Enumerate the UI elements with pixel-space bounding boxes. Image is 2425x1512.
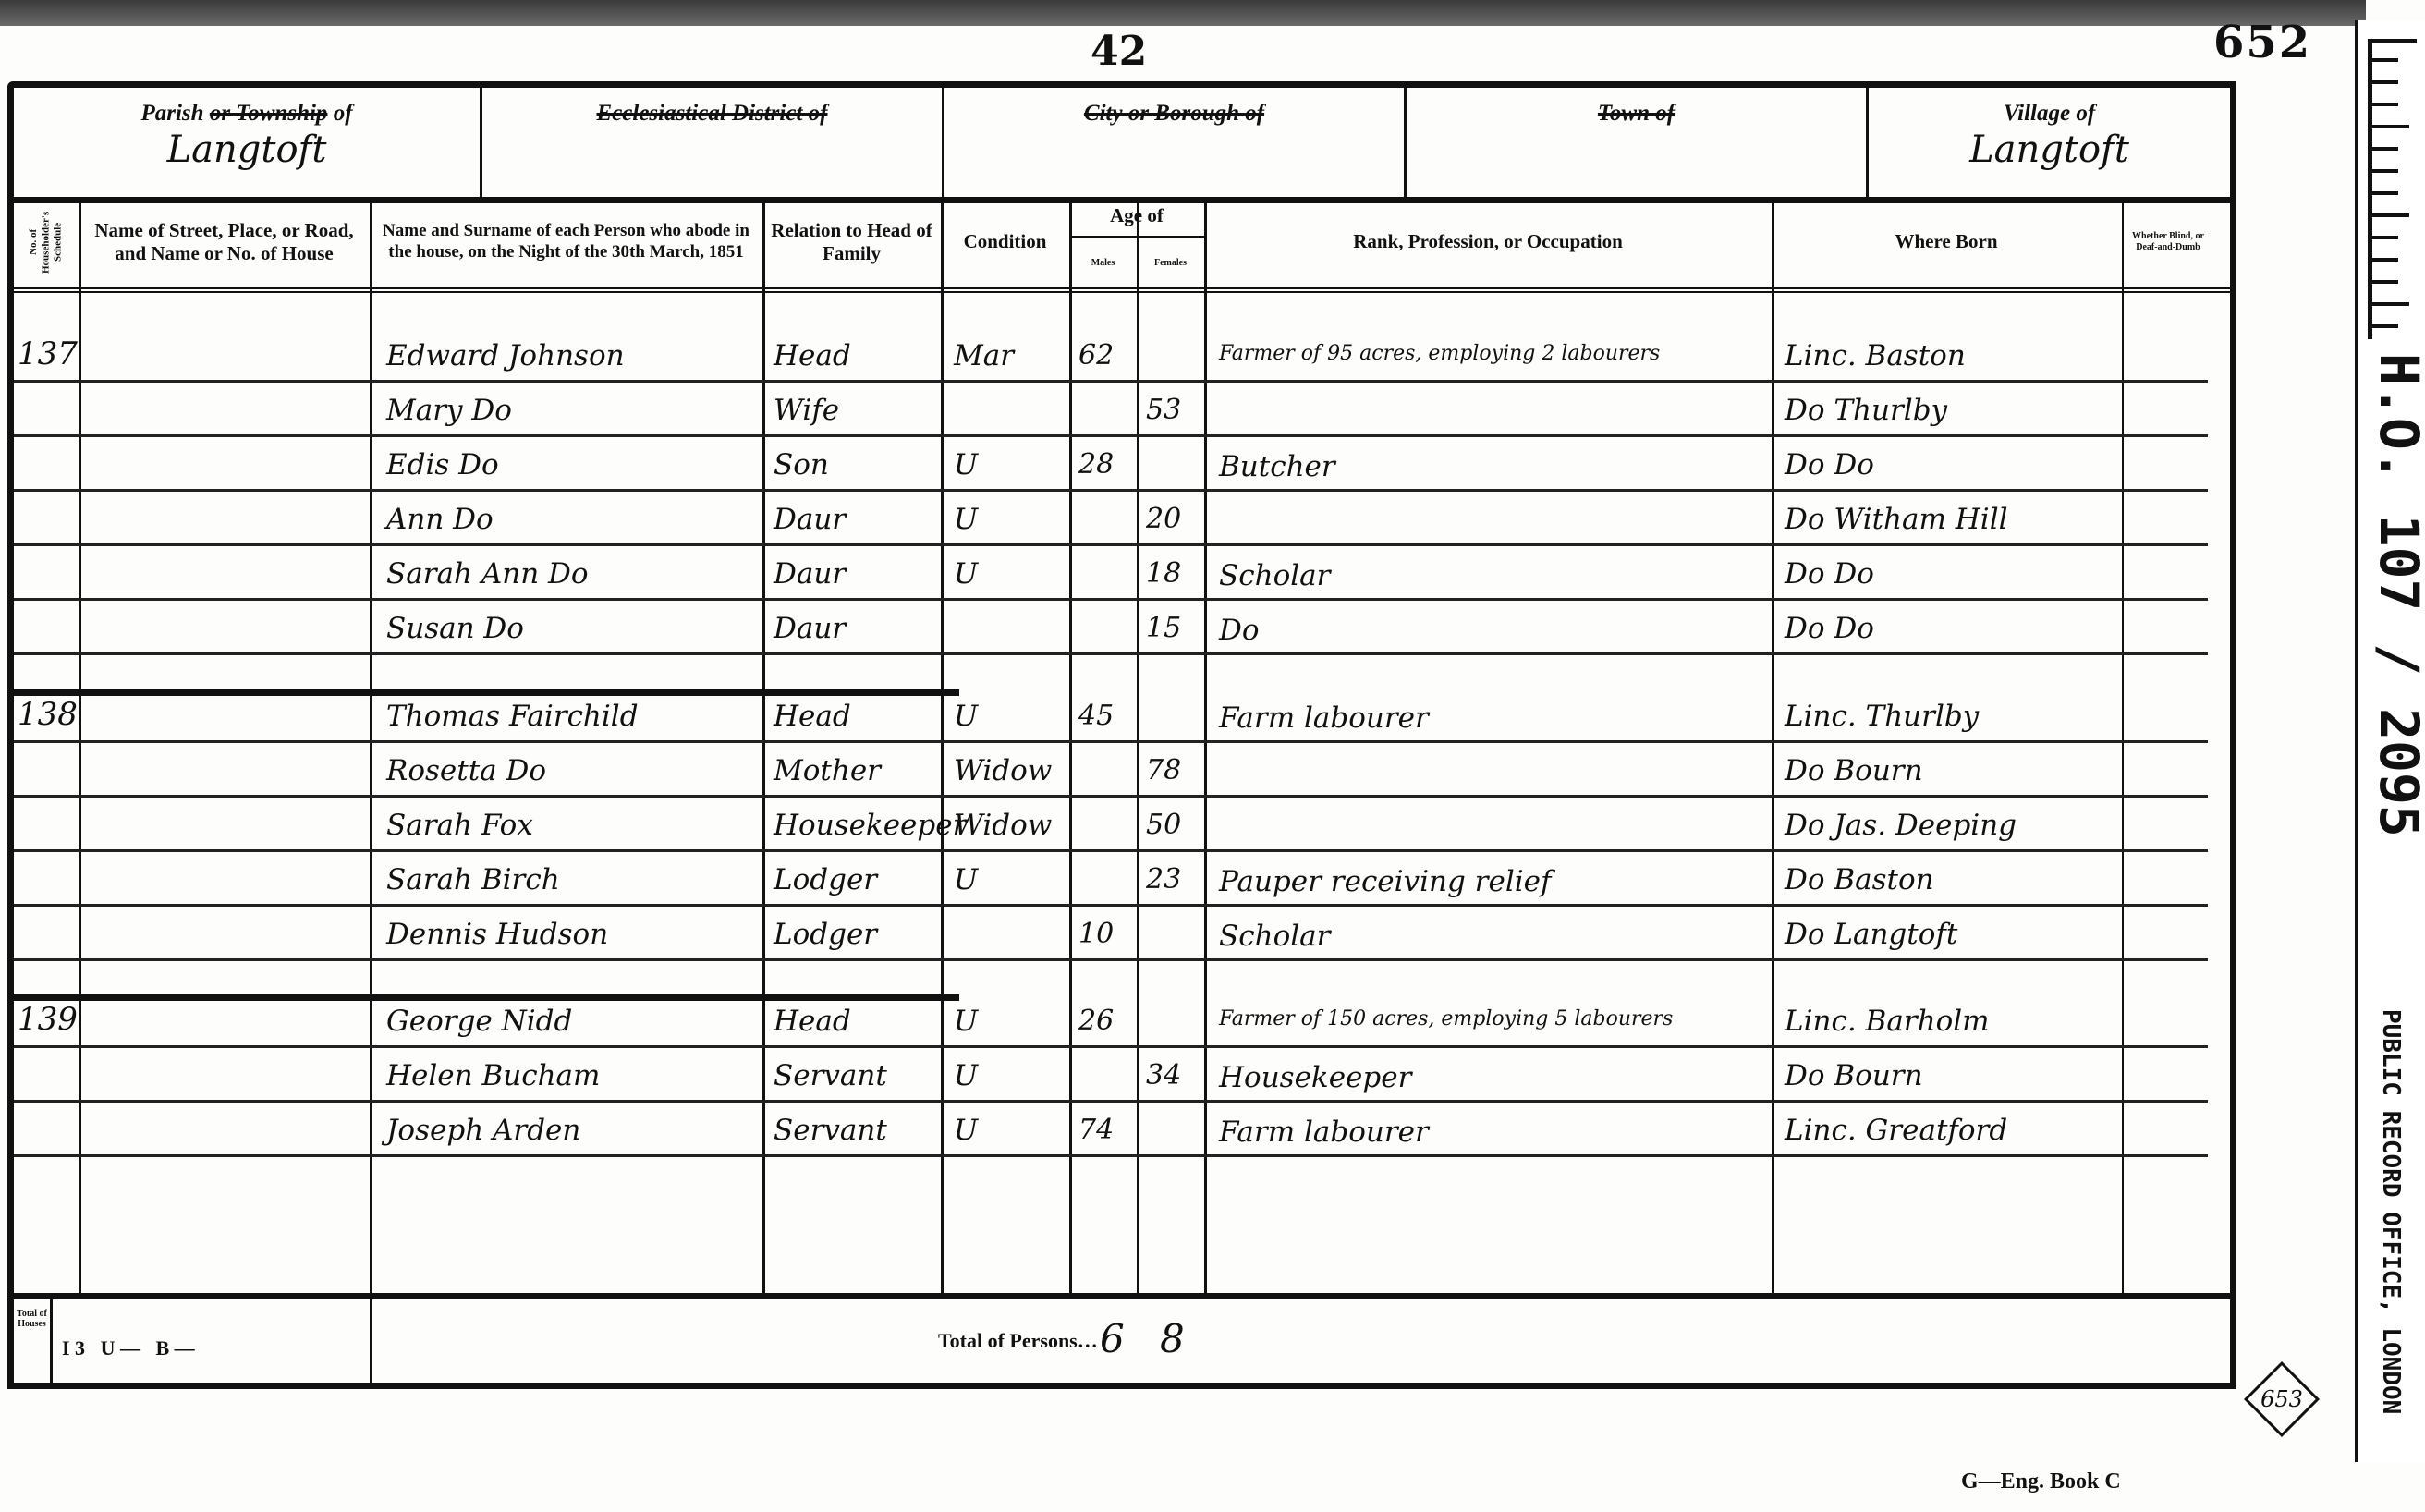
relation: Son bbox=[774, 451, 829, 480]
occupation: Housekeeper bbox=[1219, 1064, 1411, 1092]
piece-reference: H.O. 107 / 2095 bbox=[2368, 353, 2425, 837]
relation: Lodger bbox=[774, 866, 877, 895]
relation: Daur bbox=[774, 615, 846, 643]
birthplace: Do Thurlby bbox=[1785, 396, 1947, 425]
relation: Mother bbox=[774, 757, 881, 786]
row-rule bbox=[14, 795, 2208, 798]
col-blind: Whether Blind, or Deaf-and-Dumb bbox=[2122, 197, 2214, 287]
relation: Lodger bbox=[774, 921, 877, 949]
ruler-tick bbox=[2372, 236, 2398, 239]
archive-notice: PUBLIC RECORD OFFICE, LONDON bbox=[2377, 1009, 2405, 1414]
parish-value: Langtoft bbox=[14, 128, 480, 171]
column-rule bbox=[79, 197, 81, 1299]
condition: Mar bbox=[954, 342, 1014, 371]
village-value: Langtoft bbox=[1869, 128, 2230, 171]
relation: Head bbox=[774, 702, 851, 731]
col-where-born: Where Born bbox=[1772, 197, 2121, 287]
female-age: 50 bbox=[1146, 811, 1181, 839]
row-rule bbox=[14, 598, 2208, 601]
column-rule bbox=[2122, 197, 2124, 1299]
location-header: Parish or Township of Langtoft Ecclesias… bbox=[14, 88, 2230, 203]
birthplace: Linc. Baston bbox=[1785, 342, 1966, 371]
column-rule bbox=[941, 197, 944, 1299]
row-rule bbox=[14, 1100, 2208, 1103]
schedule-number: 138 bbox=[18, 699, 78, 730]
relation: Daur bbox=[774, 506, 846, 534]
birthplace: Do Bourn bbox=[1785, 1062, 1923, 1091]
ruler-tick bbox=[2372, 125, 2409, 128]
row-rule bbox=[14, 904, 2208, 907]
relation: Daur bbox=[774, 560, 846, 589]
occupation: Butcher bbox=[1219, 453, 1335, 482]
female-age: 20 bbox=[1146, 506, 1181, 533]
row-rule bbox=[14, 849, 2208, 852]
column-rule bbox=[1069, 197, 1072, 1299]
condition: U bbox=[954, 702, 978, 731]
person-name: George Nidd bbox=[386, 1007, 572, 1036]
col-condition: Condition bbox=[941, 197, 1069, 287]
female-age: 78 bbox=[1146, 757, 1181, 785]
ruler-tick bbox=[2372, 58, 2398, 62]
condition: U bbox=[954, 451, 978, 480]
birthplace: Do Do bbox=[1785, 615, 1874, 643]
schedule-number: 137 bbox=[18, 338, 78, 370]
relation: Head bbox=[774, 342, 851, 371]
city-borough-label: City or Borough of bbox=[1084, 101, 1264, 126]
occupation: Farm labourer bbox=[1219, 704, 1429, 733]
col-name: Name and Surname of each Person who abod… bbox=[370, 197, 762, 287]
building-count: B — bbox=[155, 1336, 194, 1360]
col-schedule: No. of Householder's Schedule bbox=[14, 197, 79, 287]
birthplace: Do Langtoft bbox=[1785, 921, 1957, 949]
corner-number: 653 bbox=[2258, 1375, 2306, 1423]
person-name: Edis Do bbox=[386, 451, 499, 480]
ecclesiastical-cell: Ecclesiastical District of bbox=[482, 88, 944, 197]
ecclesiastical-label: Ecclesiastical District of bbox=[597, 101, 828, 126]
relation: Housekeeper bbox=[774, 811, 966, 840]
parish-cell: Parish or Township of Langtoft bbox=[14, 88, 482, 197]
town-label: Town of bbox=[1598, 101, 1675, 126]
col-occupation: Rank, Profession, or Occupation bbox=[1204, 197, 1772, 287]
birthplace: Do Witham Hill bbox=[1785, 506, 2008, 534]
row-rule bbox=[14, 652, 2208, 655]
ruler-tick bbox=[2372, 80, 2398, 84]
col-males: Males bbox=[1069, 239, 1137, 287]
occupation: Farmer of 150 acres, employing 5 laboure… bbox=[1219, 1009, 1673, 1030]
birthplace: Linc. Greatford bbox=[1785, 1116, 2007, 1145]
folio-number: 42 bbox=[1091, 28, 1147, 75]
condition: U bbox=[954, 506, 978, 534]
occupation: Scholar bbox=[1219, 922, 1330, 951]
male-age: 74 bbox=[1078, 1116, 1114, 1144]
person-name: Helen Bucham bbox=[386, 1062, 600, 1091]
female-age: 15 bbox=[1146, 615, 1181, 642]
relation: Servant bbox=[774, 1062, 887, 1091]
condition: Widow bbox=[954, 757, 1052, 786]
total-houses-label: Total of Houses bbox=[14, 1299, 53, 1383]
person-name: Susan Do bbox=[386, 615, 524, 643]
person-name: Ann Do bbox=[386, 506, 494, 534]
column-rule bbox=[762, 197, 765, 1299]
female-age: 53 bbox=[1146, 396, 1181, 424]
occupation: Scholar bbox=[1219, 562, 1330, 591]
column-rule bbox=[1204, 197, 1207, 1299]
village-cell: Village of Langtoft bbox=[1869, 88, 2230, 197]
col-relation: Relation to Head of Family bbox=[762, 197, 941, 287]
female-age: 34 bbox=[1146, 1062, 1181, 1090]
birthplace: Linc. Barholm bbox=[1785, 1007, 1990, 1036]
census-form: Parish or Township of Langtoft Ecclesias… bbox=[7, 81, 2236, 1389]
ruler-tick bbox=[2372, 280, 2398, 284]
ruler-tick bbox=[2372, 324, 2398, 328]
column-rule bbox=[1137, 197, 1139, 1299]
row-rule bbox=[14, 380, 2208, 383]
corner-number-badge: 653 bbox=[2244, 1361, 2320, 1437]
birthplace: Do Bourn bbox=[1785, 757, 1923, 786]
birthplace: Do Jas. Deeping bbox=[1785, 811, 2017, 840]
ruler-tick bbox=[2372, 103, 2398, 106]
person-name: Edward Johnson bbox=[386, 342, 625, 371]
male-age: 45 bbox=[1078, 702, 1114, 730]
township-struck-label: or Township bbox=[210, 101, 328, 126]
totals-row: Total of Houses I 3 U — B — Total of Per… bbox=[14, 1293, 2230, 1383]
person-name: Sarah Fox bbox=[386, 811, 533, 840]
condition: U bbox=[954, 560, 978, 589]
column-headers: No. of Householder's Schedule Name of St… bbox=[14, 197, 2230, 293]
relation: Head bbox=[774, 1007, 851, 1036]
uninhabited-count: U — bbox=[101, 1336, 140, 1360]
total-males: 6 bbox=[1100, 1320, 1125, 1359]
male-age: 62 bbox=[1078, 342, 1114, 370]
condition: U bbox=[954, 1062, 978, 1091]
col-street: Name of Street, Place, or Road, and Name… bbox=[79, 197, 370, 287]
town-cell: Town of bbox=[1407, 88, 1869, 197]
houses-tally: I 3 U — B — bbox=[62, 1336, 195, 1360]
household-divider bbox=[14, 689, 959, 696]
inhabited-count: I 3 bbox=[62, 1336, 85, 1360]
birthplace: Do Do bbox=[1785, 451, 1874, 480]
birthplace: Do Baston bbox=[1785, 866, 1934, 895]
person-name: Thomas Fairchild bbox=[386, 702, 639, 731]
total-persons-label: Total of Persons… bbox=[938, 1329, 1098, 1353]
male-age: 28 bbox=[1078, 451, 1114, 479]
female-age: 23 bbox=[1146, 866, 1181, 894]
person-name: Rosetta Do bbox=[386, 757, 546, 786]
household-divider bbox=[14, 994, 959, 1001]
totals-divider bbox=[370, 1299, 372, 1383]
occupation: Farm labourer bbox=[1219, 1118, 1429, 1147]
column-rule bbox=[370, 197, 372, 1299]
male-age: 10 bbox=[1078, 921, 1114, 948]
row-rule bbox=[14, 489, 2208, 492]
stamp-number: 652 bbox=[2213, 17, 2311, 68]
condition: U bbox=[954, 1007, 978, 1036]
ruler-tick bbox=[2372, 258, 2398, 262]
occupation: Farmer of 95 acres, employing 2 labourer… bbox=[1219, 344, 1660, 364]
ruler-tick bbox=[2372, 302, 2409, 306]
row-rule bbox=[14, 434, 2208, 437]
row-rule bbox=[14, 543, 2208, 546]
scale-ruler bbox=[2368, 39, 2417, 339]
person-name: Dennis Hudson bbox=[386, 921, 608, 949]
footer-mark: G—Eng. Book C bbox=[1961, 1469, 2121, 1494]
column-rule bbox=[1772, 197, 1774, 1299]
person-name: Mary Do bbox=[386, 396, 512, 425]
person-name: Joseph Arden bbox=[386, 1116, 580, 1145]
total-females: 8 bbox=[1160, 1320, 1185, 1359]
parish-label: Parish bbox=[140, 101, 203, 126]
relation: Wife bbox=[774, 396, 839, 425]
person-name: Sarah Ann Do bbox=[386, 560, 589, 589]
relation: Servant bbox=[774, 1116, 887, 1145]
parish-label-end: of bbox=[334, 101, 353, 126]
condition: Widow bbox=[954, 811, 1052, 840]
person-name: Sarah Birch bbox=[386, 866, 560, 895]
reference-strip: H.O. 107 / 2095 PUBLIC RECORD OFFICE, LO… bbox=[2355, 20, 2425, 1462]
city-borough-cell: City or Borough of bbox=[944, 88, 1407, 197]
ruler-tick bbox=[2372, 191, 2398, 195]
col-females: Females bbox=[1137, 239, 1204, 287]
row-rule bbox=[14, 1154, 2208, 1157]
condition: U bbox=[954, 866, 978, 895]
condition: U bbox=[954, 1116, 978, 1145]
birthplace: Do Do bbox=[1785, 560, 1874, 589]
ruler-tick bbox=[2372, 213, 2409, 217]
ruler-tick bbox=[2372, 169, 2398, 173]
female-age: 18 bbox=[1146, 560, 1181, 588]
row-rule bbox=[14, 740, 2208, 743]
birthplace: Linc. Thurlby bbox=[1785, 702, 1979, 731]
male-age: 26 bbox=[1078, 1007, 1114, 1035]
row-rule bbox=[14, 958, 2208, 961]
occupation: Pauper receiving relief bbox=[1219, 868, 1551, 896]
occupation: Do bbox=[1219, 616, 1260, 645]
row-rule bbox=[14, 1045, 2208, 1048]
ruler-tick bbox=[2372, 147, 2398, 151]
scan-top-edge bbox=[0, 0, 2366, 26]
schedule-number: 139 bbox=[18, 1004, 78, 1035]
village-label: Village of bbox=[1869, 101, 2230, 127]
